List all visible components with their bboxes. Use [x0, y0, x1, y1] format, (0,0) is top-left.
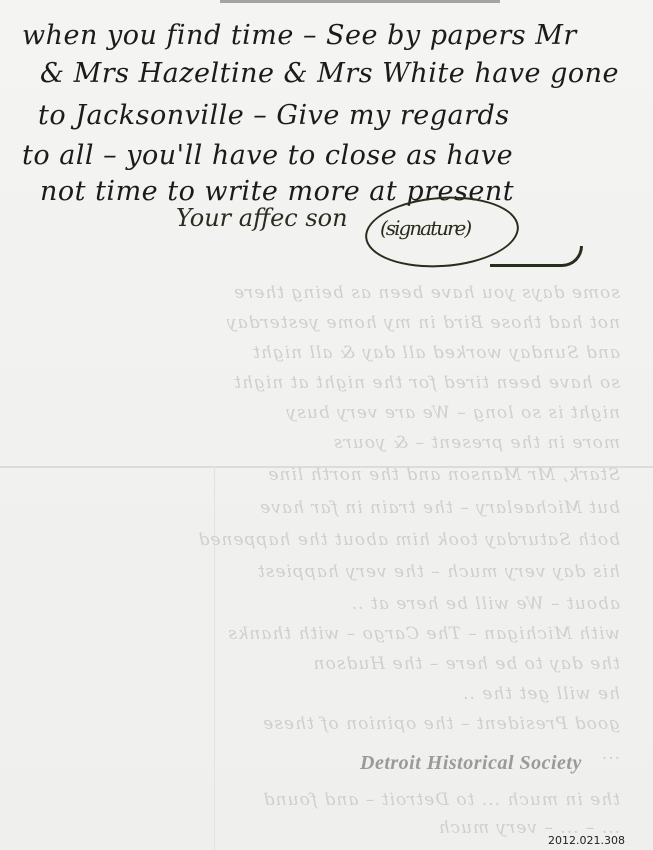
bleed-through-line: both Saturday took him about the happene… — [40, 530, 620, 550]
bleed-through-line: about – We will be here at .. — [40, 594, 620, 614]
letter-line: to all – you'll have to close as have — [22, 140, 513, 171]
signature-tail — [490, 246, 583, 267]
bleed-through-line: but Michaelary – the train in far have — [40, 498, 620, 518]
watermark: Detroit Historical Society — [360, 752, 582, 775]
bleed-through-line: some days you have been as being there — [40, 283, 620, 303]
signature: (signature) — [380, 216, 470, 240]
letter-page: some days you have been as being there n… — [0, 0, 653, 850]
bleed-through-line: ... – ... – very much — [40, 818, 620, 838]
accession-number: 2012.021.308 — [548, 834, 625, 847]
bleed-through-line: the in much ... to Detroit – and found — [40, 790, 620, 810]
letter-line: & Mrs Hazeltine & Mrs White have gone — [40, 58, 619, 89]
bleed-through-line: Stark, Mr Manson and the north line — [40, 465, 620, 485]
letter-line: to Jacksonville – Give my regards — [38, 100, 510, 131]
bleed-through-line: not had those Bird in my home yesterday — [40, 313, 620, 333]
bleed-through-line: night is so long – We are very busy — [40, 403, 620, 423]
bleed-through-line: the day to be here – the Hudson — [40, 654, 620, 674]
letter-line: when you find time – See by papers Mr — [22, 20, 577, 51]
bleed-through-line: his day very much – the very happiest — [40, 562, 620, 582]
bleed-through-line: he will get the .. — [40, 684, 620, 704]
bleed-through-line: so have been tired for the night at nigh… — [40, 373, 620, 393]
letter-closing: Your affec son — [176, 204, 348, 232]
bleed-through-line: good President – the opinion of these — [40, 714, 620, 734]
bleed-through-line: with Michigan – The Cargo – with thanks — [40, 624, 620, 644]
page-top-edge — [220, 0, 500, 3]
bleed-through-line: more in the present – & yours — [40, 433, 620, 453]
bleed-through-line: and Sunday worked all day & all night — [40, 343, 620, 363]
